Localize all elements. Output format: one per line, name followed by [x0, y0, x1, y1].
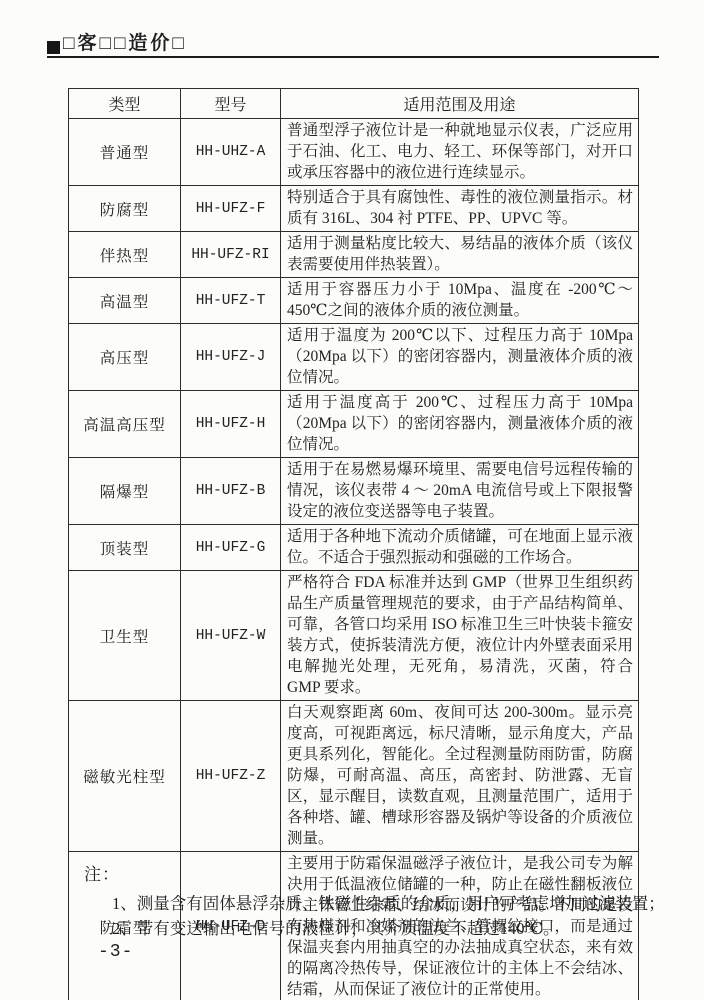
desc-cell: 适用于温度为 200℃以下、过程压力高于 10Mpa（20Mpa 以下）的密闭容… [281, 324, 639, 391]
desc-cell: 适用于测量粘度比较大、易结晶的液体介质（该仪表需要使用伴热装置）。 [281, 232, 639, 278]
note-item: 2、带有变送输出电信号的液位计，其介质温度不超过140℃。 [112, 916, 644, 941]
desc-cell: 适用于容器压力小于 10Mpa、温度在 -200℃～ 450℃之间的液体介质的液… [281, 278, 639, 324]
model-cell: HH-UFZ-G [181, 525, 281, 571]
type-cell: 高温高压型 [69, 391, 181, 458]
type-cell: 隔爆型 [69, 458, 181, 525]
type-cell: 防腐型 [69, 186, 181, 232]
desc-cell: 适用于各种地下流动介质储罐，可在地面上显示液位。不适合于强烈振动和强磁的工作场合… [281, 525, 639, 571]
document-page: □客□□造价□ 类型 型号 适用范围及用途 普通型 HH-UHZ-A 普通型浮子… [0, 0, 704, 1000]
col-header-type: 类型 [69, 89, 181, 119]
table-header-row: 类型 型号 适用范围及用途 [69, 89, 639, 119]
desc-cell: 普通型浮子液位计是一种就地显示仪表，广泛应用于石油、化工、电力、轻工、环保等部门… [281, 119, 639, 186]
model-cell: HH-UFZ-H [181, 391, 281, 458]
table-row: 磁敏光柱型 HH-UFZ-Z 白天观察距离 60m、夜间可达 200-300m。… [69, 701, 639, 852]
page-number: -3- [98, 942, 133, 962]
type-cell: 高压型 [69, 324, 181, 391]
model-cell: HH-UFZ-W [181, 571, 281, 701]
page-header: □客□□造价□ [47, 33, 659, 58]
desc-cell: 适用于在易燃易爆环境里、需要电信号远程传输的情况，该仪表带 4 ～ 20mA 电… [281, 458, 639, 525]
model-cell: HH-UFZ-B [181, 458, 281, 525]
desc-cell: 特别适合于具有腐蚀性、毒性的液位测量指示。材质有 316L、304 衬 PTFE… [281, 186, 639, 232]
type-cell: 普通型 [69, 119, 181, 186]
header-bullet-square-icon [47, 41, 60, 54]
table-row: 普通型 HH-UHZ-A 普通型浮子液位计是一种就地显示仪表，广泛应用于石油、化… [69, 119, 639, 186]
type-cell: 高温型 [69, 278, 181, 324]
type-cell: 顶装型 [69, 525, 181, 571]
type-cell: 磁敏光柱型 [69, 701, 181, 852]
table-row: 高温高压型 HH-UFZ-H 适用于温度高于 200℃、过程压力高于 10Mpa… [69, 391, 639, 458]
model-cell: HH-UHZ-A [181, 119, 281, 186]
header-title: □客□□造价□ [63, 33, 187, 55]
table-row: 顶装型 HH-UFZ-G 适用于各种地下流动介质储罐，可在地面上显示液位。不适合… [69, 525, 639, 571]
table-row: 高压型 HH-UFZ-J 适用于温度为 200℃以下、过程压力高于 10Mpa（… [69, 324, 639, 391]
model-cell: HH-UFZ-Z [181, 701, 281, 852]
desc-cell: 白天观察距离 60m、夜间可达 200-300m。显示亮度高，可视距离远，标尺清… [281, 701, 639, 852]
col-header-model: 型号 [181, 89, 281, 119]
note-item: 1、测量含有固体悬浮杂质、铁磁性杂质的介质，用户可考虑增加过滤装置； [112, 891, 644, 916]
col-header-scope: 适用范围及用途 [281, 89, 639, 119]
model-cell: HH-UFZ-F [181, 186, 281, 232]
table-row: 隔爆型 HH-UFZ-B 适用于在易燃易爆环境里、需要电信号远程传输的情况，该仪… [69, 458, 639, 525]
desc-cell: 严格符合 FDA 标准并达到 GMP（世界卫生组织药品生产质量管理规范的要求，由… [281, 571, 639, 701]
type-cell: 伴热型 [69, 232, 181, 278]
model-cell: HH-UFZ-J [181, 324, 281, 391]
type-cell: 卫生型 [69, 571, 181, 701]
model-cell: HH-UFZ-RI [181, 232, 281, 278]
table-row: 卫生型 HH-UFZ-W 严格符合 FDA 标准并达到 GMP（世界卫生组织药品… [69, 571, 639, 701]
table-row: 高温型 HH-UFZ-T 适用于容器压力小于 10Mpa、温度在 -200℃～ … [69, 278, 639, 324]
desc-cell: 适用于温度高于 200℃、过程压力高于 10Mpa（20Mpa 以下）的密闭容器… [281, 391, 639, 458]
notes-label: 注： [84, 860, 644, 885]
table-row: 伴热型 HH-UFZ-RI 适用于测量粘度比较大、易结晶的液体介质（该仪表需要使… [69, 232, 639, 278]
model-cell: HH-UFZ-T [181, 278, 281, 324]
notes-section: 注： 1、测量含有固体悬浮杂质、铁磁性杂质的介质，用户可考虑增加过滤装置； 2、… [84, 860, 644, 941]
table-row: 防腐型 HH-UFZ-F 特别适合于具有腐蚀性、毒性的液位测量指示。材质有 31… [69, 186, 639, 232]
